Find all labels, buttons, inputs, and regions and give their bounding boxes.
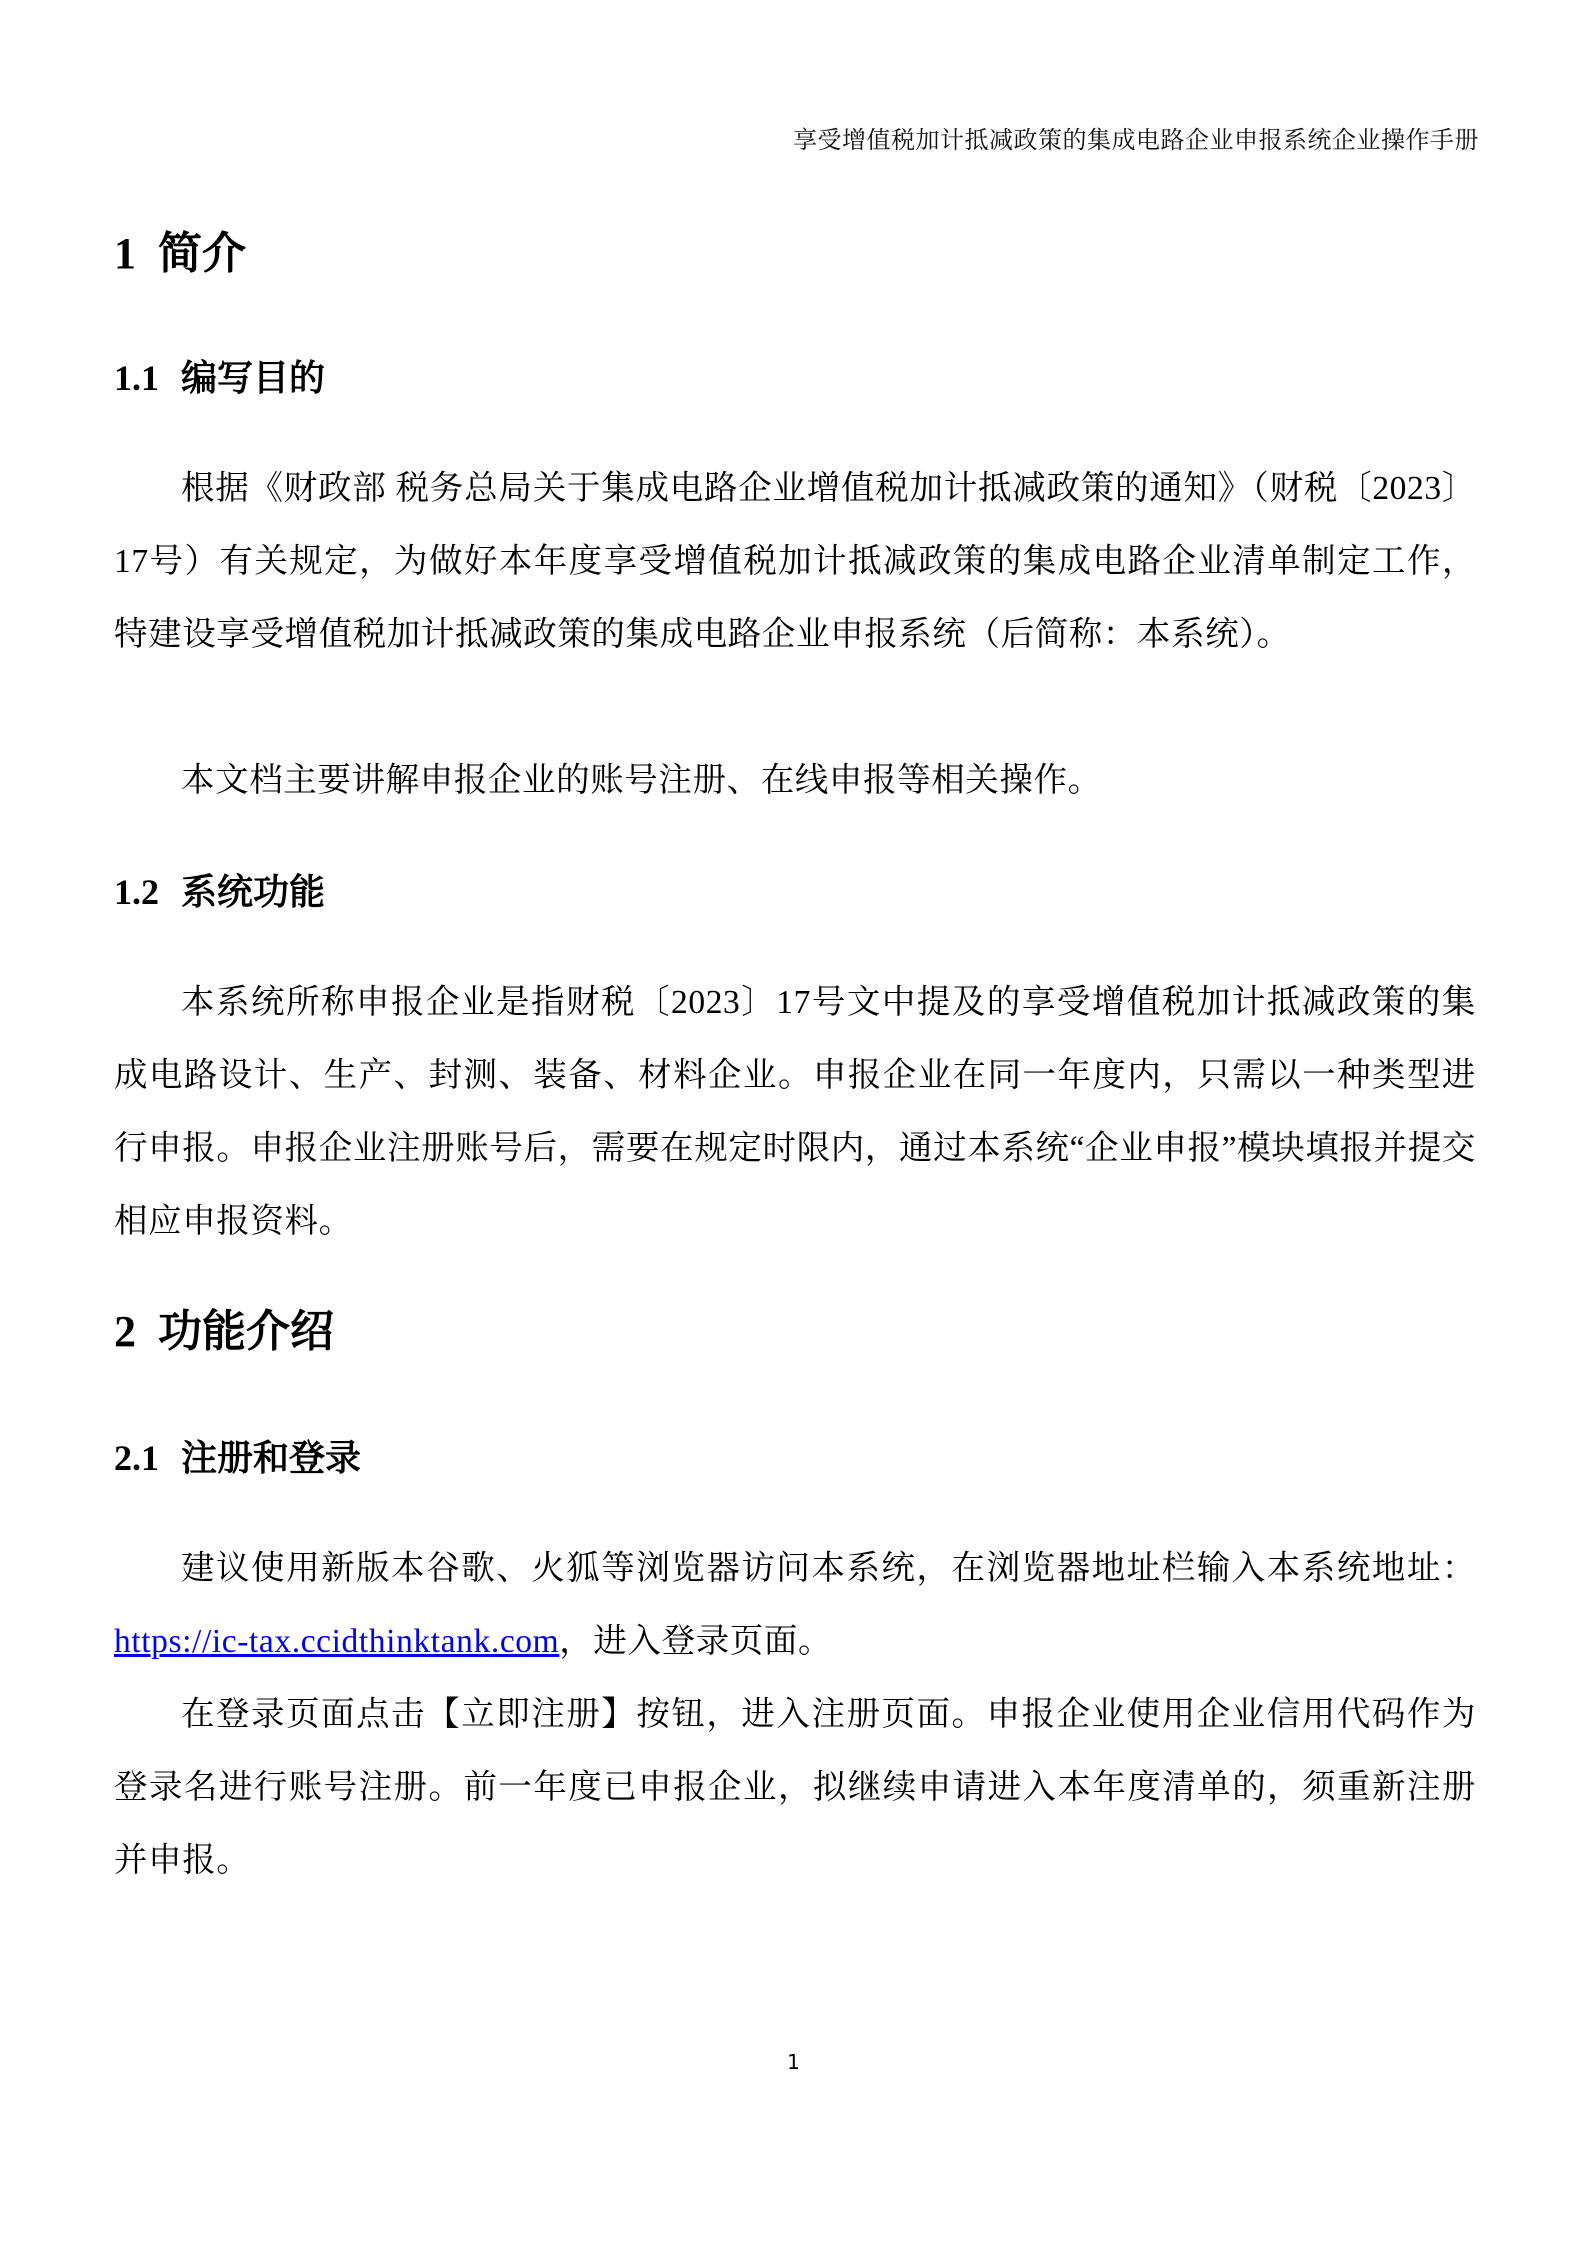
heading-title: 系统功能: [181, 871, 325, 912]
heading-title: 注册和登录: [181, 1437, 361, 1478]
page-number: 1: [0, 2050, 1587, 2074]
heading-number: 1.2: [114, 872, 159, 912]
paragraph-purpose: 根据《财政部 税务总局关于集成电路企业增值税加计抵减政策的通知》（财税〔2023…: [114, 452, 1476, 671]
text-after-link: ，进入登录页面。: [559, 1623, 832, 1660]
heading-title: 编写目的: [181, 357, 325, 398]
heading-section-2-1: 2.1注册和登录: [114, 1440, 361, 1476]
heading-section-1-2: 1.2系统功能: [114, 874, 325, 910]
system-url-link[interactable]: https://ic-tax.ccidthinktank.com: [114, 1623, 559, 1660]
paragraph-registration: 在登录页面点击【立即注册】按钮，进入注册页面。申报企业使用企业信用代码作为登录名…: [114, 1678, 1476, 1897]
heading-number: 1: [114, 229, 136, 278]
heading-number: 2.1: [114, 1438, 159, 1478]
heading-title: 简介: [158, 229, 246, 278]
paragraph-document-scope: 本文档主要讲解申报企业的账号注册、在线申报等相关操作。: [114, 744, 1476, 817]
heading-section-1-1: 1.1编写目的: [114, 360, 325, 396]
paragraph-browser-access: 建议使用新版本谷歌、火狐等浏览器访问本系统，在浏览器地址栏输入本系统地址：htt…: [114, 1532, 1476, 1678]
heading-section-1: 1简介: [114, 232, 246, 276]
heading-number: 1.1: [114, 358, 159, 398]
heading-section-2: 2功能介绍: [114, 1310, 334, 1354]
heading-number: 2: [114, 1307, 136, 1356]
heading-title: 功能介绍: [158, 1307, 334, 1356]
text-before-link: 建议使用新版本谷歌、火狐等浏览器访问本系统，在浏览器地址栏输入本系统地址：: [181, 1550, 1476, 1587]
running-header: 享受增值税加计抵减政策的集成电路企业申报系统企业操作手册: [793, 120, 1479, 155]
paragraph-system-function: 本系统所称申报企业是指财税〔2023〕17号文中提及的享受增值税加计抵减政策的集…: [114, 966, 1476, 1258]
